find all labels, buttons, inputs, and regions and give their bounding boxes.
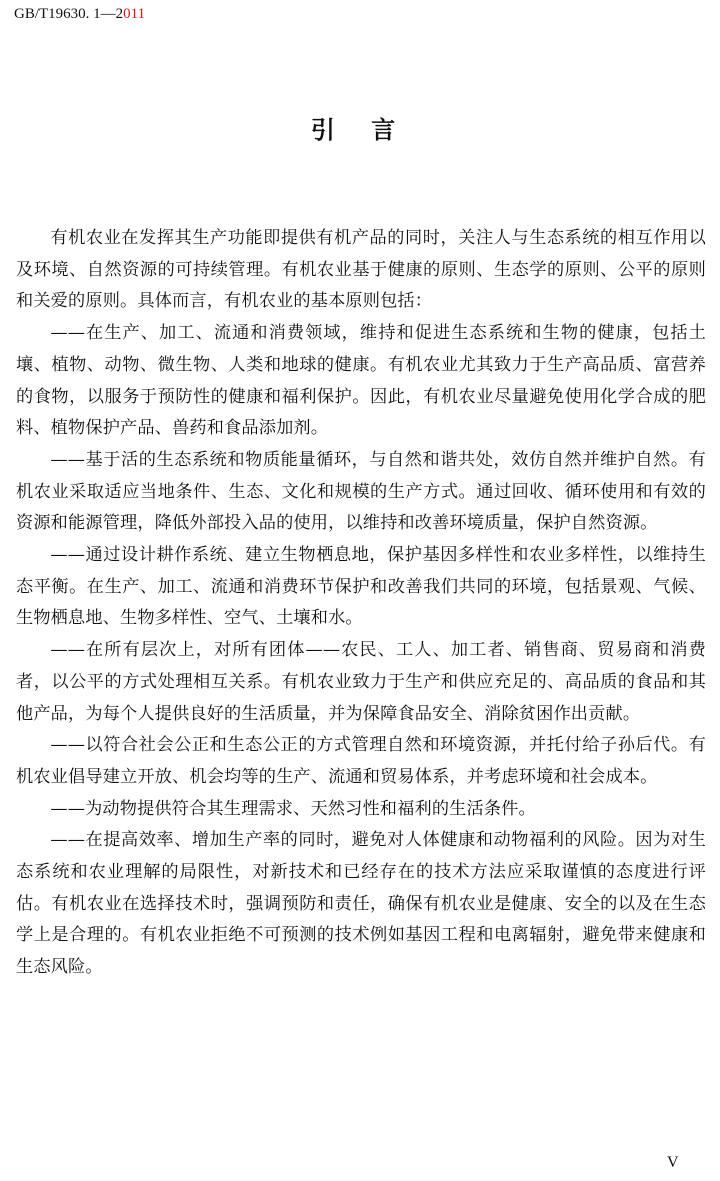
page-title: 引 言 — [0, 110, 720, 145]
standard-code-header: GB/T19630. 1—2011 — [14, 6, 145, 23]
principle-fairness: ——在所有层次上，对所有团体——农民、工人、加工者、销售商、贸易商和消费者，以公… — [16, 635, 706, 730]
principle-care-precaution: ——在提高效率、增加生产率的同时，避免对人体健康和动物福利的风险。因为对生态系统… — [16, 825, 706, 984]
standard-code-prefix: GB/T19630. 1—2 — [14, 6, 123, 22]
page-number: V — [667, 1154, 679, 1172]
principle-animal-welfare: ——为动物提供符合其生理需求、天然习性和福利的生活条件。 — [16, 794, 706, 826]
principle-biodiversity: ——通过设计耕作系统、建立生物栖息地，保护基因多样性和农业多样性，以维持生态平衡… — [16, 540, 706, 635]
document-body: 有机农业在发挥其生产功能即提供有机产品的同时，关注人与生态系统的相互作用以及环境… — [16, 223, 706, 984]
intro-paragraph: 有机农业在发挥其生产功能即提供有机产品的同时，关注人与生态系统的相互作用以及环境… — [16, 223, 706, 318]
principle-resource-management: ——以符合社会公正和生态公正的方式管理自然和环境资源，并托付给子孙后代。有机农业… — [16, 730, 706, 793]
principle-ecology-cycles: ——基于活的生态系统和物质能量循环，与自然和谐共处，效仿自然并维护自然。有机农业… — [16, 445, 706, 540]
standard-code-year: 011 — [123, 6, 145, 22]
principle-health: ——在生产、加工、流通和消费领域，维持和促进生态系统和生物的健康，包括土壤、植物… — [16, 318, 706, 445]
